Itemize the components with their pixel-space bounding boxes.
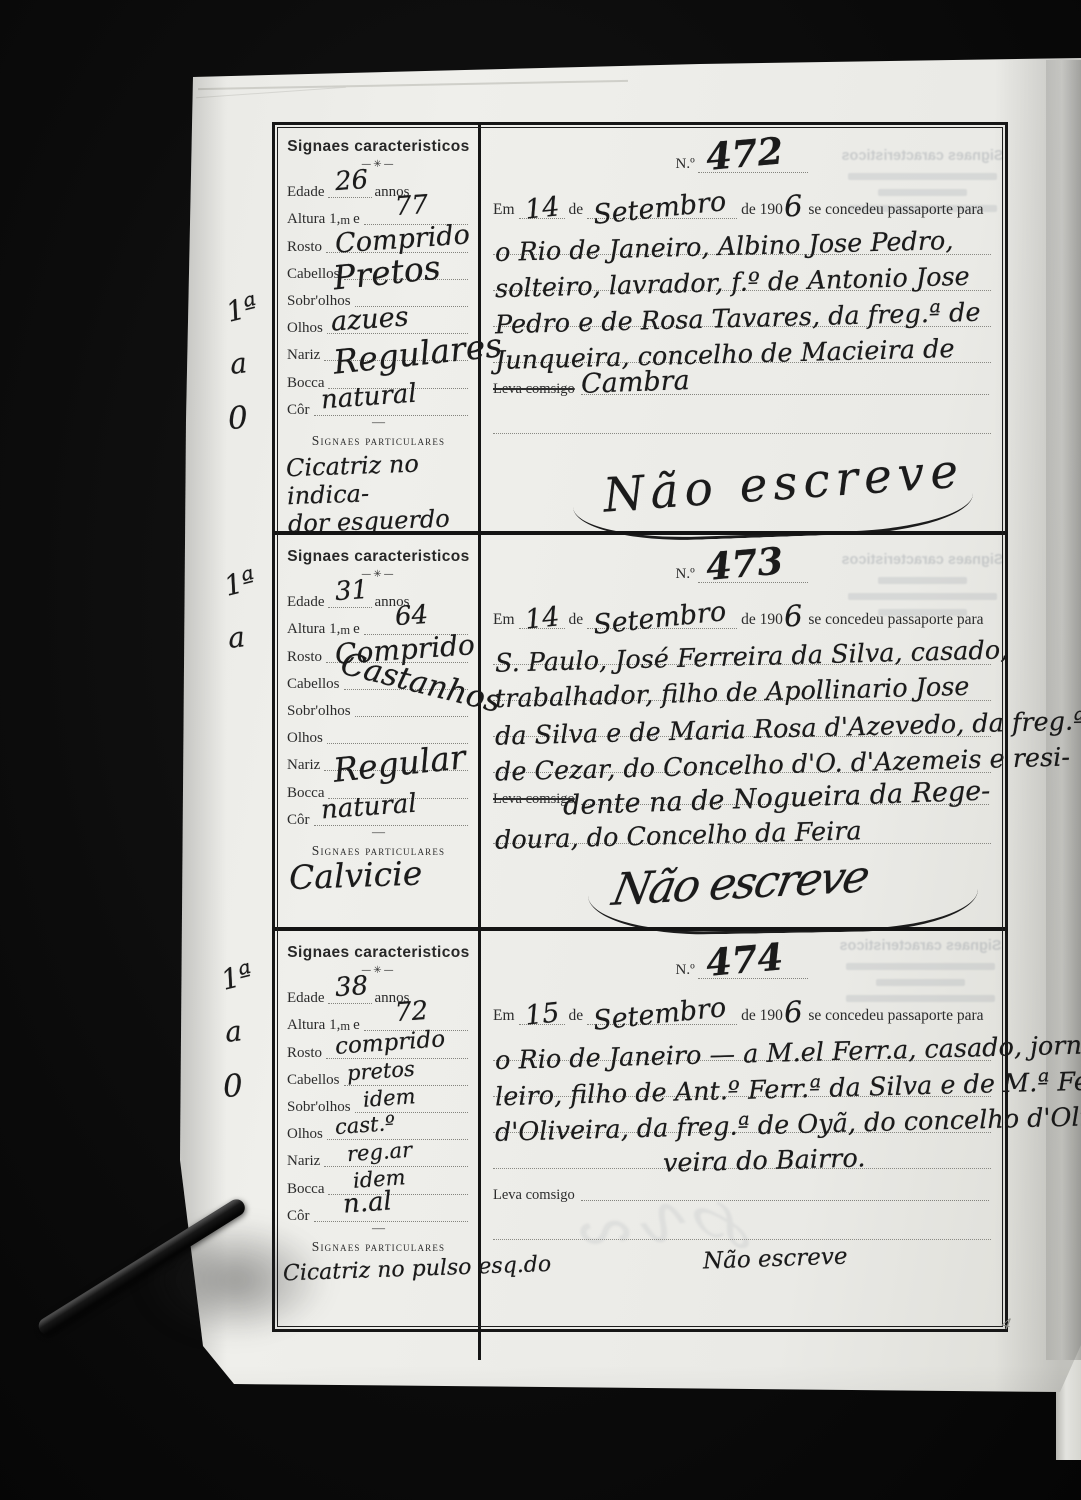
passport-record-474: Signaes caracteristicos —✳— Edadeannos 3… bbox=[275, 927, 1005, 1360]
pen-shadow bbox=[140, 1220, 330, 1340]
field-rosto: Rosto Comprido bbox=[287, 228, 470, 255]
particulares-note: Calvicie bbox=[287, 858, 471, 892]
grant-date-line: Em 14 de Setembro de 190 6 se concedeu p… bbox=[493, 179, 991, 219]
leva-comsigo-line: Leva comsigo dente na de Nogueira da Reg… bbox=[493, 773, 991, 808]
nao-escreve-note: Não escreve bbox=[703, 1243, 848, 1274]
value-rosto: comprido bbox=[334, 1029, 446, 1060]
blank-line bbox=[493, 398, 991, 434]
entry-line: Junqueira, concelho de Macieira de bbox=[493, 327, 991, 363]
grant-date-line: Em 14 de Setembro de 190 6 se concedeu p… bbox=[493, 589, 991, 629]
field-rosto: Rosto comprido bbox=[287, 1034, 470, 1061]
entry-line: de Cezar, do Concelho d'O. d'Azemeis e r… bbox=[493, 737, 991, 773]
field-cor: Côr natural bbox=[287, 392, 470, 419]
signaes-header: Signaes caracteristicos bbox=[287, 548, 470, 566]
value-edade: 26 bbox=[334, 167, 369, 195]
particulares-note: Cicatriz no indica- dor esquerdo bbox=[286, 448, 472, 538]
margin-annotation: 1ª a 0 bbox=[226, 292, 286, 433]
particulares-header: Signaes particulares bbox=[287, 433, 470, 449]
value-nariz: reg.ar bbox=[346, 1140, 412, 1165]
field-edade: Edadeannos 31 bbox=[287, 584, 470, 611]
signaes-header: Signaes caracteristicos bbox=[287, 944, 470, 962]
field-sobrolhos: Sobr'olhos bbox=[287, 693, 470, 720]
passport-register-form: Signaes caracteristicos —✳— Edadeannos 2… bbox=[272, 122, 1008, 1332]
entry-line: o Rio de Janeiro — a M.el Ferr.a, casado… bbox=[493, 1025, 991, 1061]
value-altura: 72 bbox=[394, 998, 429, 1026]
passport-record-473: Signaes caracteristicos —✳— Edadeannos 3… bbox=[275, 531, 1005, 927]
signature-area: Não escreve bbox=[493, 1240, 991, 1360]
signaes-panel: Signaes caracteristicos —✳— Edadeannos 3… bbox=[275, 535, 481, 927]
entry-line: S. Paulo, José Ferreira da Silva, casado… bbox=[493, 629, 991, 665]
value-cor: n.al bbox=[342, 1188, 393, 1217]
entry-line: Pedro e de Rosa Tavares, da freg.ª de bbox=[493, 291, 991, 327]
value-edade: 38 bbox=[334, 973, 369, 1001]
grant-panel: N.º 474 Em 15 de Setembro de 190 6 se co… bbox=[481, 931, 1005, 1360]
entry-line: leiro, filho de Ant.º Ferr.ª da Silva e … bbox=[493, 1061, 991, 1097]
field-cabellos: Cabellos pretos bbox=[287, 1062, 470, 1089]
grant-panel: N.º 473 Em 14 de Setembro de 190 6 se co… bbox=[481, 535, 1005, 927]
passport-record-472: Signaes caracteristicos —✳— Edadeannos 2… bbox=[275, 125, 1005, 531]
field-edade: Edadeannos 26 bbox=[287, 174, 470, 201]
signaes-panel: Signaes caracteristicos —✳— Edadeannos 2… bbox=[275, 125, 481, 531]
field-edade: Edadeannos 38 bbox=[287, 980, 470, 1007]
value-cabellos: pretos bbox=[346, 1058, 415, 1084]
record-number-line: N.º 473 bbox=[493, 549, 991, 589]
leva-comsigo-line: Leva comsigo bbox=[493, 1169, 991, 1204]
field-nariz: Nariz Regular bbox=[287, 747, 470, 774]
grant-date-line: Em 15 de Setembro de 190 6 se concedeu p… bbox=[493, 985, 991, 1025]
value-edade: 31 bbox=[334, 577, 369, 605]
value-altura: 77 bbox=[394, 192, 429, 220]
entry-line: doura, do Concelho da Feira bbox=[493, 808, 991, 844]
record-number: 473 bbox=[697, 545, 785, 582]
ornament: —✳— bbox=[287, 159, 470, 170]
leva-overwrite: Cambra bbox=[581, 367, 691, 398]
margin-annotation: 1ª a bbox=[224, 566, 284, 650]
entry-line: solteiro, lavrador, f.º de Antonio Jose bbox=[493, 255, 991, 291]
record-number: 472 bbox=[697, 135, 785, 172]
value-cor: natural bbox=[320, 380, 417, 413]
field-nariz: Nariz Regulares bbox=[287, 337, 470, 364]
entry-line: trabalhador, filho de Apollinario Jose bbox=[493, 665, 991, 701]
entry-line: o Rio de Janeiro, Albino Jose Pedro, bbox=[493, 219, 991, 255]
value-altura: 64 bbox=[394, 602, 429, 630]
value-olhos: cast.º bbox=[334, 1113, 395, 1138]
record-number-line: N.º 474 bbox=[493, 945, 991, 985]
ornament: —✳— bbox=[287, 569, 470, 580]
scanned-register-photo: Signaes caracteristicos Signaes caracter… bbox=[0, 0, 1081, 1500]
entry-line: da Silva e de Maria Rosa d'Azevedo, da f… bbox=[493, 701, 991, 737]
ornament: —✳— bbox=[287, 965, 470, 976]
field-cor: Côr n.al bbox=[287, 1198, 470, 1225]
leva-comsigo-line: Leva comsigo Cambra bbox=[493, 363, 991, 398]
record-number-line: N.º 472 bbox=[493, 139, 991, 179]
signaes-header: Signaes caracteristicos bbox=[287, 138, 470, 156]
entry-line: veira do Bairro. bbox=[493, 1133, 991, 1169]
grant-panel: N.º 472 Em 14 de Setembro de 190 6 se co… bbox=[481, 125, 1005, 531]
field-cor: Côr natural bbox=[287, 802, 470, 829]
entry-line: d'Oliveira, da freg.ª de Oyã, do concelh… bbox=[493, 1097, 991, 1133]
field-cabellos: Cabellos Castanhos bbox=[287, 666, 470, 693]
value-sobrolhos: idem bbox=[362, 1086, 416, 1111]
value-olhos: azues bbox=[330, 303, 409, 335]
value-cor: natural bbox=[320, 790, 417, 823]
field-cabellos: Cabellos Pretos bbox=[287, 256, 470, 283]
record-number: 474 bbox=[697, 941, 785, 978]
margin-annotation: 1ª a 0 bbox=[221, 960, 281, 1101]
blank-line bbox=[493, 1204, 991, 1240]
